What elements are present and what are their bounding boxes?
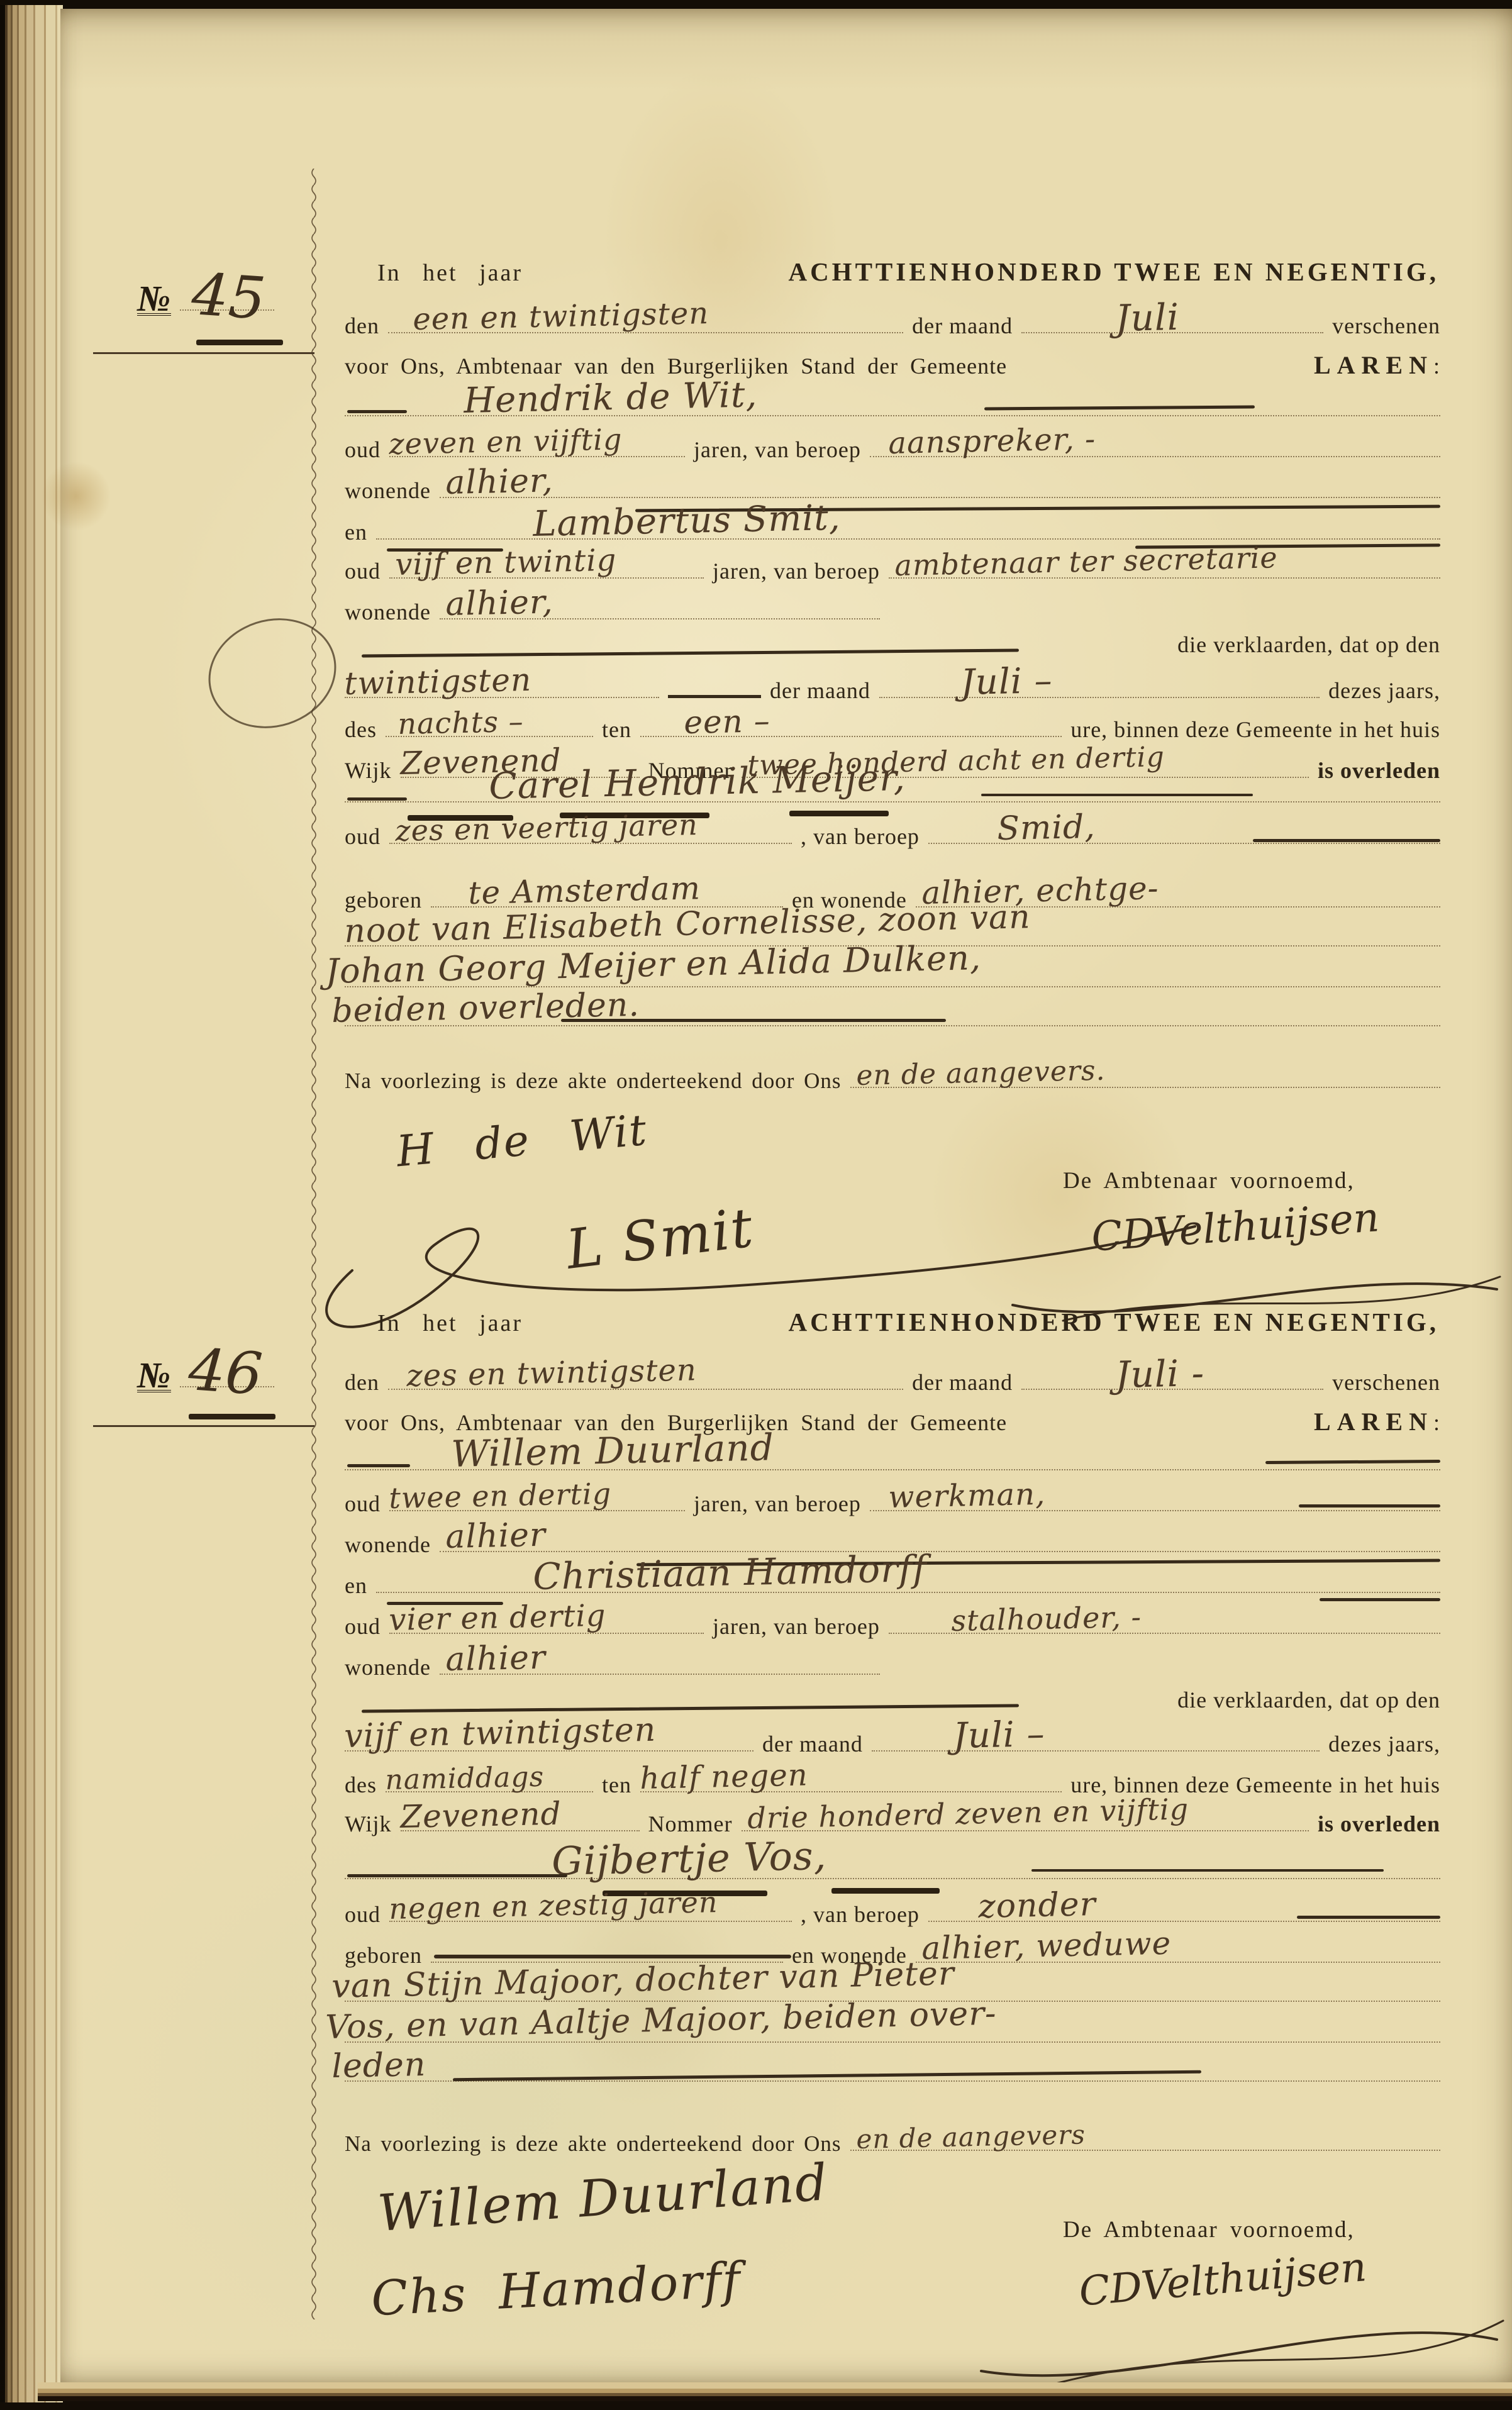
declarant2-residence-field: alhier xyxy=(440,1651,880,1675)
year-intro: In het jaar xyxy=(377,259,523,287)
year-caps: ACHTTIENHONDERD TWEE EN NEGENTIG, xyxy=(788,257,1439,287)
label-der-maand: der maand xyxy=(762,1731,863,1757)
label-ure: ure, binnen deze Gemeente in het huis xyxy=(1070,716,1440,743)
record-number-value: 45 xyxy=(189,260,267,333)
wijk-field: Zevenend xyxy=(401,1807,640,1831)
label-wonende: wonende xyxy=(345,477,431,504)
day-field: een en twintigsten xyxy=(388,309,903,333)
label-der-maand: der maand xyxy=(912,313,1013,339)
declarant1-occupation-field: werkman, xyxy=(870,1487,1440,1511)
declarant2-age-field: vijf en twintig xyxy=(389,555,704,579)
label-ten: ten xyxy=(602,1772,631,1798)
ink-strike xyxy=(347,410,407,413)
declarant2-residence-line: wonende alhier, xyxy=(345,596,1440,625)
label-geboren: geboren xyxy=(345,887,422,913)
deceased-residence-field: alhier, weduwe xyxy=(916,1939,1440,1963)
label-nommer: Nommer xyxy=(648,1811,733,1837)
closing-field: en de aangevers xyxy=(850,2127,1440,2151)
registrar-line: voor Ons, Ambtenaar van den Burgerlijken… xyxy=(345,350,1440,380)
label-en: en xyxy=(345,1572,367,1599)
year-intro: In het jaar xyxy=(377,1309,523,1337)
death-month-field: Juli – xyxy=(879,674,1320,698)
colon: : xyxy=(1433,353,1440,379)
hour-field: een – xyxy=(640,713,1062,737)
declarant1-name-line: Hendrik de Wit, xyxy=(345,392,1440,416)
declarant1-age-line: oud zeven en vijftig jaren, van beroep a… xyxy=(345,433,1440,463)
label-des: des xyxy=(345,1772,377,1798)
death-day-field: twintigsten xyxy=(345,674,659,698)
label-wijk: Wijk xyxy=(345,1811,392,1837)
deceased-name: Gijbertje Vos, xyxy=(551,1833,827,1884)
label-verschenen: verschenen xyxy=(1332,313,1440,339)
label-den: den xyxy=(345,313,379,339)
label-is-overleden: is overleden xyxy=(1318,1811,1440,1837)
colon: : xyxy=(1433,1410,1440,1435)
label-van-beroep: , van beroep xyxy=(801,1901,920,1928)
deceased-name: Carel Hendrik Meijer, xyxy=(489,756,906,808)
label-geboren: geboren xyxy=(345,1942,422,1969)
ink-dash xyxy=(189,1414,275,1419)
label-ten: ten xyxy=(602,716,631,743)
label-oud: oud xyxy=(345,1491,381,1517)
death-date-line: vijf en twintigsten der maand Juli – dez… xyxy=(345,1728,1440,1757)
deceased-name-line: Carel Hendrik Meijer, xyxy=(345,779,1440,802)
gemeente-name: LAREN xyxy=(1314,1408,1433,1436)
book-page-stack xyxy=(0,5,63,2402)
declarant1-name: Hendrik de Wit, xyxy=(464,374,758,421)
relatives-field: beiden overleden. xyxy=(345,1002,1440,1026)
label-jaren-beroep: jaren, van beroep xyxy=(694,1491,861,1517)
label-jaren-beroep: jaren, van beroep xyxy=(713,1613,880,1640)
declarant1-age-field: zeven en vijftig xyxy=(389,433,685,457)
year-caps: ACHTTIENHONDERD TWEE EN NEGENTIG, xyxy=(788,1307,1439,1337)
ink-strike xyxy=(561,1019,946,1022)
month-field: Juli xyxy=(1021,309,1323,333)
ink-strike xyxy=(1253,839,1440,842)
label-jaren-beroep: jaren, van beroep xyxy=(694,436,861,463)
deceased-age-field: negen en zestig jaren xyxy=(389,1898,792,1922)
label-voor-ons: voor Ons, Ambtenaar van den Burgerlijken… xyxy=(345,353,1007,379)
deceased-age-line: oud zes en veertig jaren , van beroep Sm… xyxy=(345,820,1440,850)
deceased-age-field: zes en veertig jaren xyxy=(389,820,792,844)
record-number-value: 46 xyxy=(186,1336,264,1408)
label-wonende: wonende xyxy=(345,1654,431,1680)
declarant2-occupation-field: ambtenaar ter secretarie xyxy=(889,555,1440,579)
relatives-field: Johan Georg Meijer en Alida Dulken, xyxy=(345,963,1440,987)
declarant2-name-line: en Christiaan Hamdorff xyxy=(345,1569,1440,1599)
ink-strike xyxy=(347,1874,567,1877)
ink-strike xyxy=(434,1955,791,1958)
deceased-age-line: oud negen en zestig jaren , van beroep z… xyxy=(345,1898,1440,1928)
declarant2-name: Lambertus Smit, xyxy=(533,497,841,545)
ink-strike xyxy=(347,1464,410,1467)
death-place-line: Wijk Zevenend Nommer drie honderd zeven … xyxy=(345,1807,1440,1837)
month-field: Juli - xyxy=(1021,1366,1323,1390)
ink-strike xyxy=(981,794,1253,796)
label-verklaarden: die verklaarden, dat op den xyxy=(1177,1687,1440,1713)
label-des: des xyxy=(345,716,377,743)
declarant1-name: Willem Duurland xyxy=(451,1426,775,1475)
declarant2-name-field: Christiaan Hamdorff xyxy=(376,1569,1440,1593)
margin-rule xyxy=(93,352,314,354)
declarant1-name-field: Hendrik de Wit, xyxy=(345,392,1440,416)
no-label: № xyxy=(137,284,171,316)
relatives-field: Vos, en van Aaltje Majoor, beiden over- xyxy=(345,2019,1440,2043)
declarant1-occupation-field: aanspreker, - xyxy=(870,433,1440,457)
ink-strike xyxy=(1299,1504,1440,1508)
declarant2-age-line: oud vijf en twintig jaren, van beroep am… xyxy=(345,555,1440,584)
official-title: De Ambtenaar voornoemd, xyxy=(1063,2216,1355,2243)
death-time-line: des namiddags ten half negen ure, binnen… xyxy=(345,1769,1440,1798)
label-der-maand: der maand xyxy=(770,677,870,704)
label-verklaarden: die verklaarden, dat op den xyxy=(1177,631,1440,658)
label-voorlezing: Na voorlezing is deze akte onderteekend … xyxy=(345,1069,842,1094)
date-line: den een en twintigsten der maand Juli ve… xyxy=(345,309,1440,339)
declarant1-residence-field: alhier xyxy=(440,1528,1440,1552)
relatives-line-3: beiden overleden. xyxy=(345,1002,1440,1026)
year-line: In het jaar ACHTTIENHONDERD TWEE EN NEGE… xyxy=(377,1307,1439,1337)
official-signature-swash xyxy=(969,2296,1509,2396)
label-dezes-jaars: dezes jaars, xyxy=(1328,677,1440,704)
death-day-field: vijf en twintigsten xyxy=(345,1728,753,1752)
declarant1-residence-line: wonende alhier, xyxy=(345,474,1440,504)
label-oud: oud xyxy=(345,823,381,850)
label-van-beroep: , van beroep xyxy=(801,823,920,850)
hour-field: half negen xyxy=(640,1769,1062,1792)
declarant1-residence-field: alhier, xyxy=(440,474,1440,498)
gemeente-name: LAREN xyxy=(1314,351,1433,379)
label-en: en xyxy=(345,519,367,545)
label-den: den xyxy=(345,1369,379,1396)
declarant2-age-line: oud vier en dertig jaren, van beroep sta… xyxy=(345,1610,1440,1640)
declarant2-occupation-field: stalhouder, - xyxy=(889,1610,1440,1634)
ink-strike xyxy=(1320,1598,1440,1601)
label-wonende: wonende xyxy=(345,1531,431,1558)
label-verschenen: verschenen xyxy=(1332,1369,1440,1396)
ink-underline xyxy=(789,811,889,816)
ink-dash xyxy=(196,340,283,345)
no-label: № xyxy=(137,1361,171,1392)
label-oud: oud xyxy=(345,1613,381,1640)
death-month-field: Juli – xyxy=(872,1728,1320,1752)
closing-line: Na voorlezing is deze akte onderteekend … xyxy=(345,2127,1440,2157)
label-oud: oud xyxy=(345,1901,381,1928)
death-time-line: des nachts – ten een – ure, binnen deze … xyxy=(345,713,1440,743)
deceased-name-field: Carel Hendrik Meijer, xyxy=(345,779,1440,802)
margin-rule xyxy=(93,1425,314,1427)
ink-strike xyxy=(1297,1916,1440,1919)
declarant2-name-field: Lambertus Smit, xyxy=(376,516,1440,540)
relatives-line-2: Vos, en van Aaltje Majoor, beiden over- xyxy=(345,2019,1440,2043)
declarant1-age-line: oud twee en dertig jaren, van beroep wer… xyxy=(345,1487,1440,1517)
day-field: zes en twintigsten xyxy=(388,1366,903,1390)
house-number-field: drie honderd zeven en vijftig xyxy=(742,1807,1309,1831)
declarant1-name-field: Willem Duurland xyxy=(345,1447,1440,1470)
label-dezes-jaars: dezes jaars, xyxy=(1328,1731,1440,1757)
declarant2-residence-field: alhier, xyxy=(440,596,880,619)
ink-strike xyxy=(668,672,761,698)
ink-strike xyxy=(1031,1869,1384,1872)
book-bottom-edge xyxy=(38,2382,1512,2401)
label-jaren-beroep: jaren, van beroep xyxy=(713,558,880,584)
ink-strike xyxy=(347,797,407,801)
declarant1-name-line: Willem Duurland xyxy=(345,1447,1440,1470)
declarant2-name: Christiaan Hamdorff xyxy=(533,1547,928,1598)
declarant2-age-field: vier en dertig xyxy=(389,1610,704,1634)
label-wonende: wonende xyxy=(345,599,431,625)
death-date-line: twintigsten der maand Juli – dezes jaars… xyxy=(345,672,1440,704)
declarant1-age-field: twee en dertig xyxy=(389,1487,685,1511)
label-der-maand: der maand xyxy=(912,1369,1013,1396)
closing-field: en de aangevers. xyxy=(850,1064,1440,1088)
declarant2-residence-line: wonende alhier xyxy=(345,1651,1440,1680)
daypart-field: nachts – xyxy=(386,713,593,737)
label-oud: oud xyxy=(345,558,381,584)
label-voorlezing: Na voorlezing is deze akte onderteekend … xyxy=(345,2131,842,2157)
daypart-field: namiddags xyxy=(386,1769,593,1792)
closing-line: Na voorlezing is deze akte onderteekend … xyxy=(345,1064,1440,1094)
label-oud: oud xyxy=(345,436,381,463)
date-line: den zes en twintigsten der maand Juli - … xyxy=(345,1366,1440,1396)
register-scan: № 45 In het jaar ACHTTIENHONDERD TWEE EN… xyxy=(0,0,1512,2410)
year-line: In het jaar ACHTTIENHONDERD TWEE EN NEGE… xyxy=(377,257,1439,287)
ink-underline xyxy=(831,1888,940,1894)
relatives-line-2: Johan Georg Meijer en Alida Dulken, xyxy=(345,963,1440,987)
